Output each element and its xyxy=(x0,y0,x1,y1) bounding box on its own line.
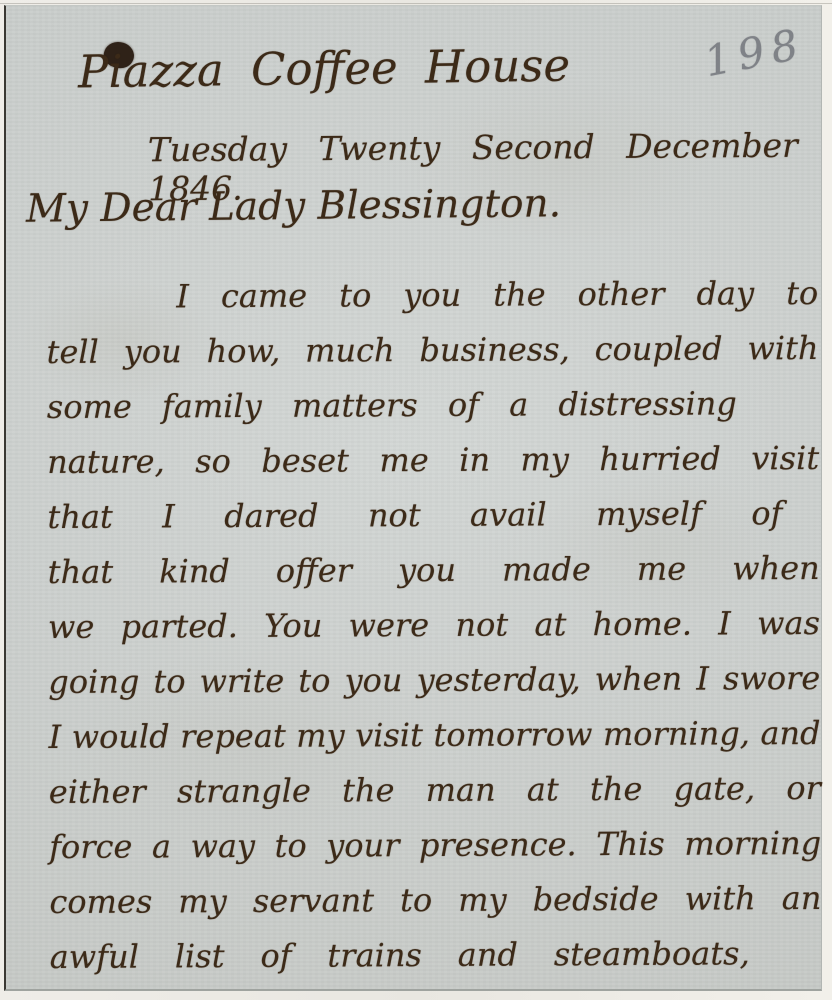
folio-number-annotation: 198 xyxy=(700,19,809,86)
letter-scan: 198 Piazza Coffee House Tuesday Twenty S… xyxy=(0,0,832,1000)
letter-line: that kind offer you made me when xyxy=(48,541,820,600)
letter-line: tell you how, much business, coupled wit… xyxy=(46,321,818,380)
letter-heading-address: Piazza Coffee House xyxy=(78,39,571,99)
letter-line: going to write to you yesterday, when I … xyxy=(48,651,820,710)
letter-line: some family matters of a distressing xyxy=(47,376,737,435)
letter-line: that I dared not avail myself of xyxy=(47,486,782,545)
letter-line: awful list of trains and steamboats, xyxy=(50,926,750,985)
letter-salutation: My Dear Lady Blessington. xyxy=(26,181,561,232)
letter-body: I came to you the other day to tell you … xyxy=(46,266,822,985)
letter-line: I would repeat my visit tomorrow morning… xyxy=(48,706,820,765)
letter-line: comes my servant to my bedside with an xyxy=(49,871,821,930)
letter-line: force a way to your presence. This morni… xyxy=(49,816,821,875)
letter-line: either strangle the man at the gate, or xyxy=(49,761,821,820)
letter-line: nature, so beset me in my hurried visit xyxy=(47,431,819,490)
letter-line: I came to you the other day to xyxy=(46,266,818,325)
letter-line: we parted. You were not at home. I was xyxy=(48,596,820,655)
letter-paper: 198 Piazza Coffee House Tuesday Twenty S… xyxy=(4,5,822,991)
